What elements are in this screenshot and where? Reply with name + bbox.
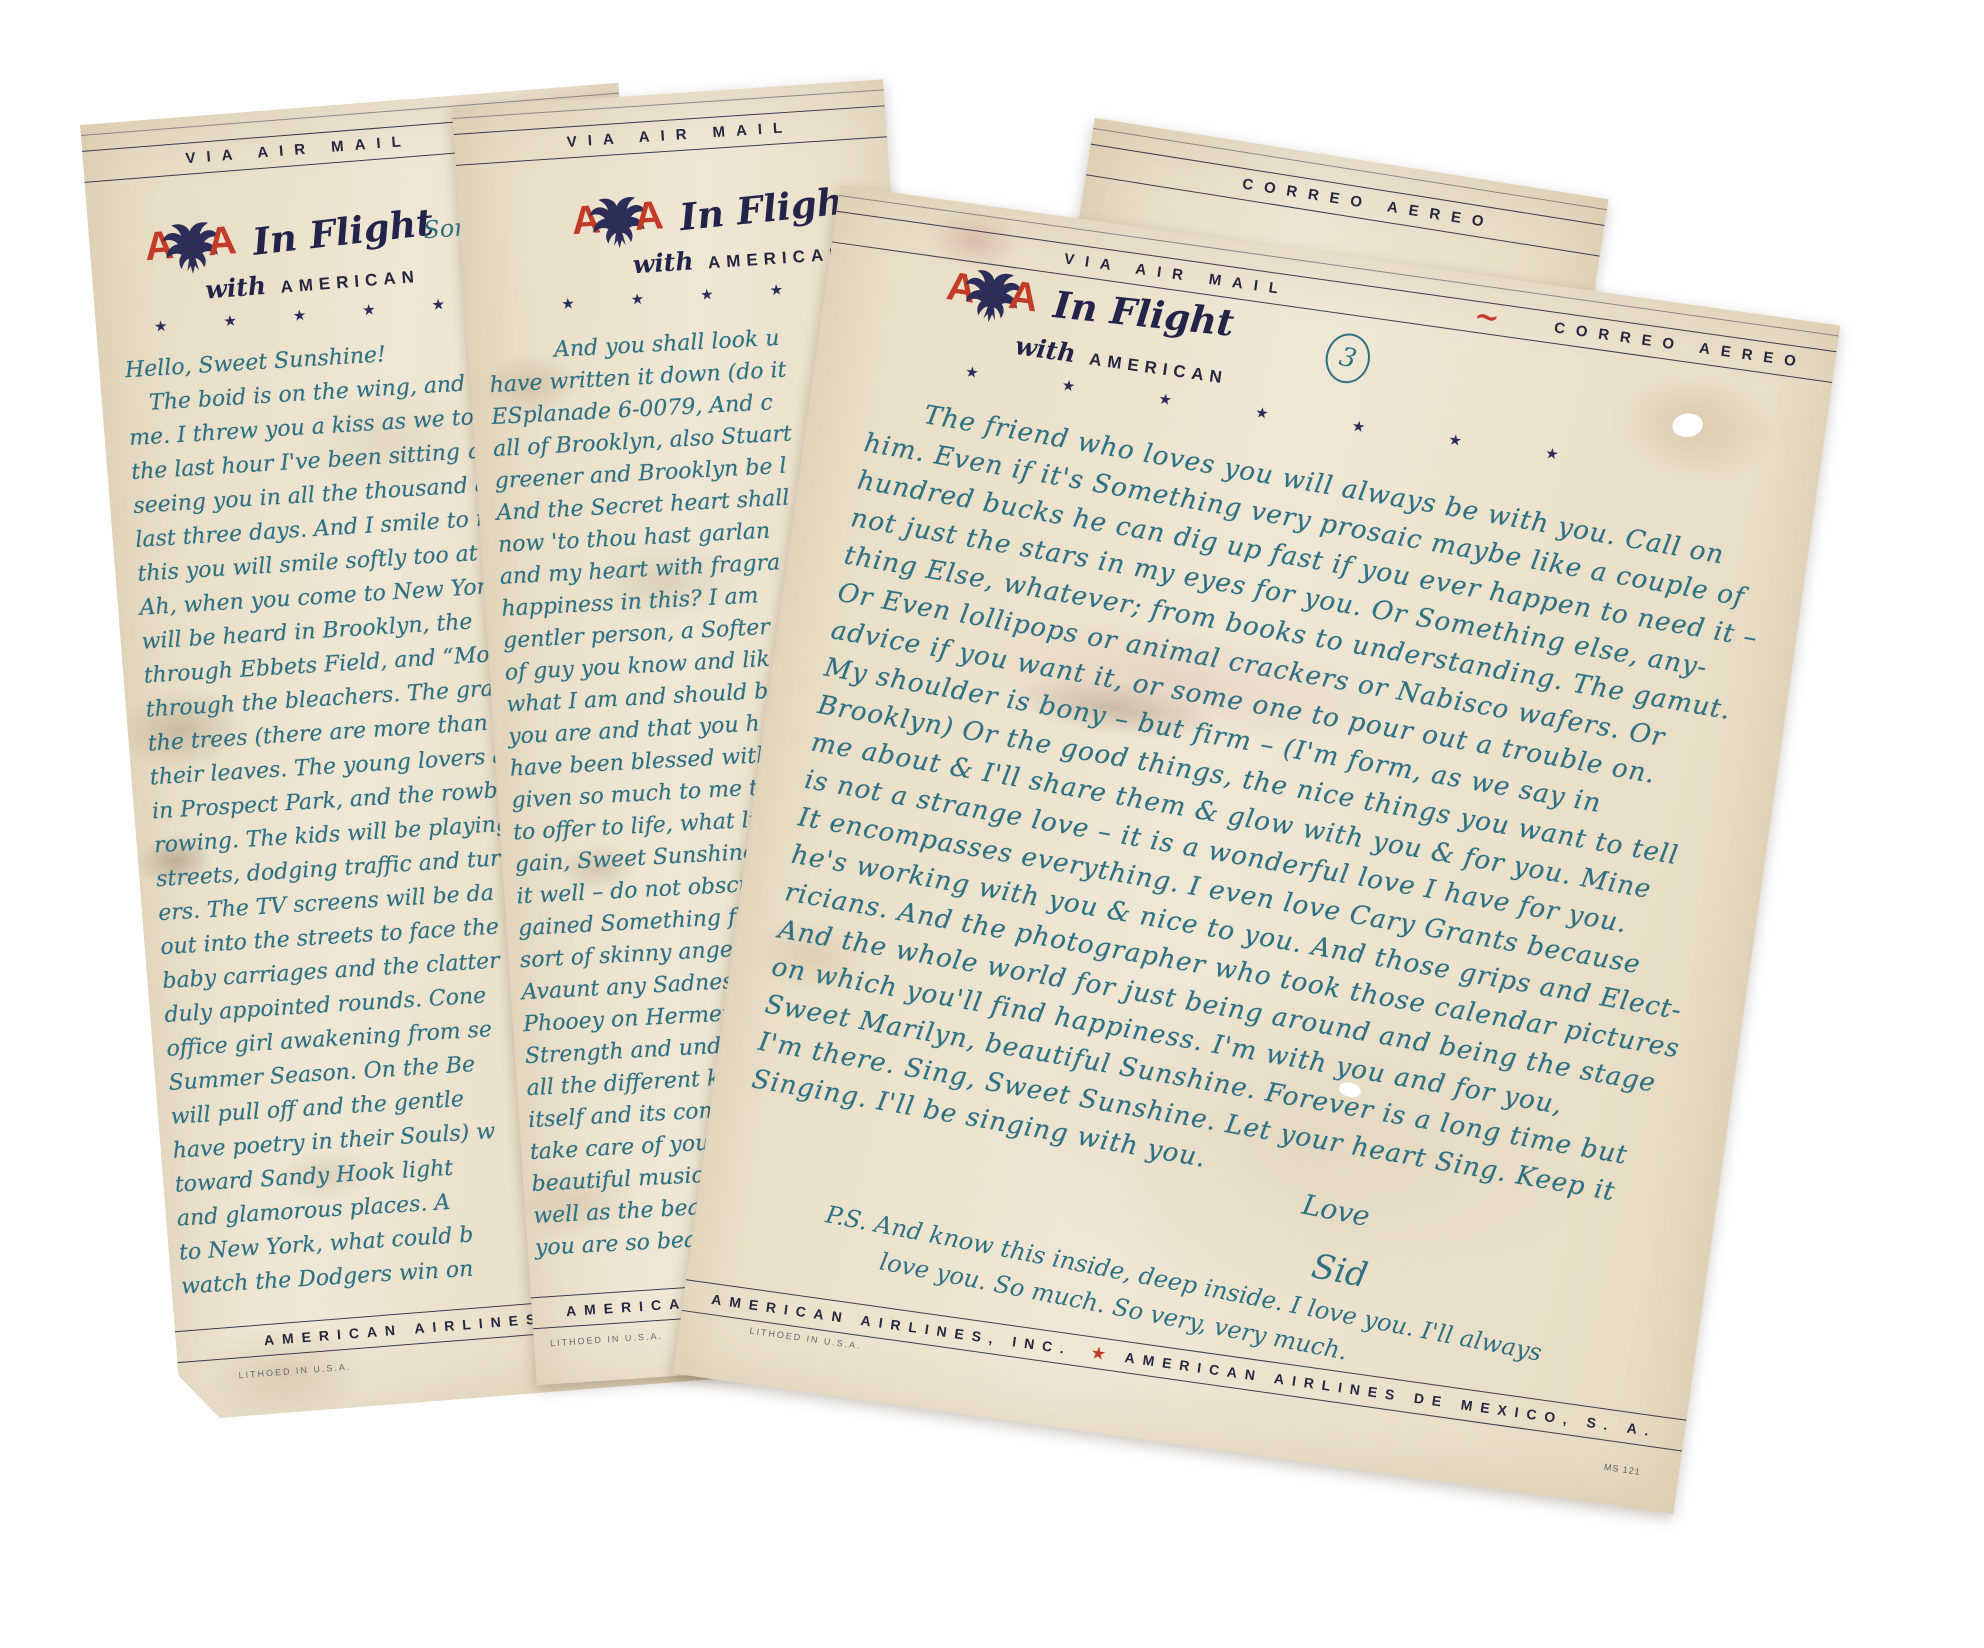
with-american-line: with AMERICAN — [204, 259, 420, 305]
form-code: MS 121 — [1603, 1462, 1641, 1477]
letter-page-3: VIA AIR MAIL ~ CORREO AEREO A A In Fligh… — [673, 185, 1840, 1514]
aa-letter-right: A — [633, 193, 665, 240]
via-air-mail-label: VIA AIR MAIL — [185, 133, 412, 168]
with-word: with — [204, 271, 267, 305]
correo-aereo-label: CORREO AEREO — [1553, 319, 1808, 371]
handwriting-page-3: The friend who loves you will always be … — [749, 387, 1778, 1257]
via-air-mail-label: VIA AIR MAIL — [566, 119, 793, 151]
photo-of-letters: CORREO AEREO VIA AIR MAIL ~ A A In Fligh… — [0, 0, 1984, 1648]
litho-mark: LITHOED IN U.S.A. — [550, 1331, 663, 1348]
american-caps: AMERICAN — [280, 267, 421, 297]
aa-letter-right: A — [206, 218, 238, 265]
signature-sid: Sid — [1308, 1246, 1371, 1296]
handwriting-lines: The friend who loves you will always be … — [749, 387, 1778, 1257]
with-american-line: with AMERICAN — [632, 236, 848, 279]
litho-mark: LITHOED IN U.S.A. — [238, 1362, 351, 1381]
page-number-circled: 3 — [1320, 329, 1375, 388]
with-word: with — [632, 246, 695, 279]
red-tilde-ornament: ~ — [1472, 298, 1502, 336]
american-caps: AMERICAN — [707, 244, 848, 272]
red-star-icon: ★ — [1090, 1343, 1106, 1363]
correo-aereo-label: CORREO AEREO — [1241, 175, 1495, 232]
in-flight-script: In Flight — [250, 200, 435, 264]
aa-letter-right: A — [1006, 272, 1041, 321]
with-word: with — [1013, 331, 1077, 368]
aa-logo: A A In Flight — [570, 179, 862, 244]
paper-hole — [1671, 411, 1704, 439]
